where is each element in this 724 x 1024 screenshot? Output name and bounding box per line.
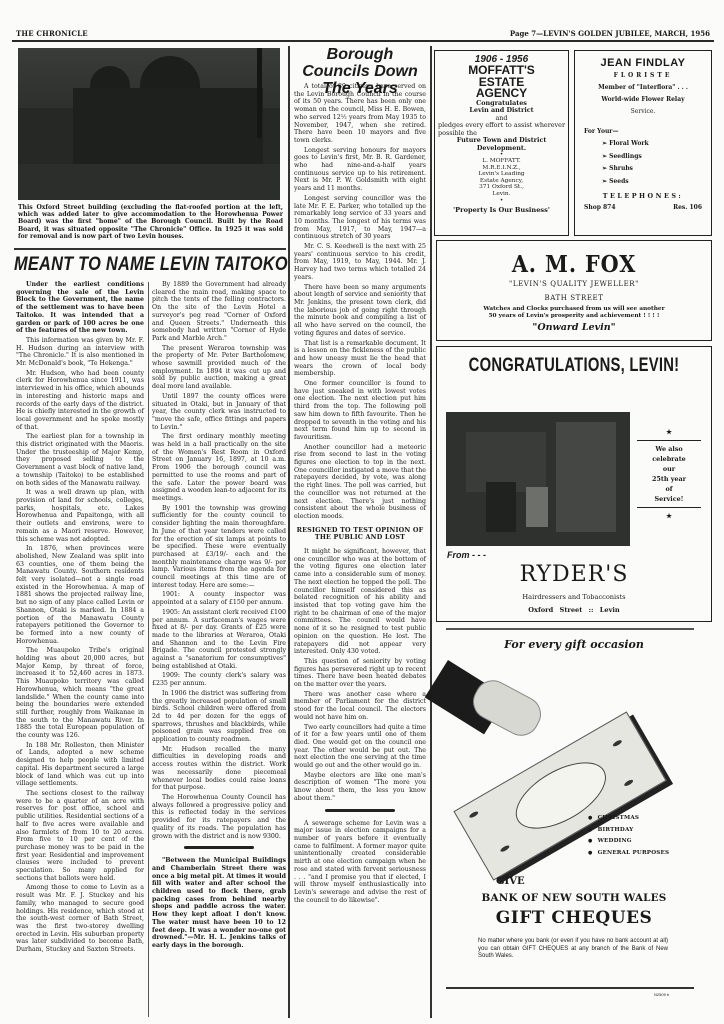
ad-name: RYDER'S bbox=[437, 562, 711, 587]
occasion-item: WEDDING bbox=[588, 836, 669, 848]
paragraph: It was a well drawn up plan, with provis… bbox=[16, 489, 144, 543]
ad-slogan: "Onward Levin" bbox=[437, 322, 711, 333]
ad-text: Member of "Interflora" . . . bbox=[575, 82, 711, 94]
column-separator bbox=[430, 46, 432, 1018]
paragraph: Longest serving honours for mayors goes … bbox=[294, 147, 426, 193]
paragraph: That list is a remarkable document. It i… bbox=[294, 340, 426, 379]
paper-name: THE CHRONICLE bbox=[16, 29, 88, 38]
holly-icon bbox=[500, 844, 511, 852]
ad-name-line: AGENCY bbox=[435, 88, 568, 100]
ad-name: A. M. FOX bbox=[451, 251, 698, 278]
ad-text: For Your— bbox=[575, 128, 711, 135]
photo-ground bbox=[18, 164, 280, 200]
occasion-list: CHRISTMAS BIRTHDAY WEDDING GENERAL PURPO… bbox=[588, 813, 669, 859]
ad-signature: L. MOFFATT. bbox=[435, 158, 568, 165]
paragraph: 1909: The county clerk's salary was £235… bbox=[152, 672, 286, 687]
holly-icon bbox=[468, 810, 479, 818]
paragraph: The Horowhenua County Council has always… bbox=[152, 794, 286, 840]
borough-column: A total of 89 citizens have served on th… bbox=[294, 83, 426, 906]
paragraph: The Muaupoko Tribe's original holding wa… bbox=[16, 647, 144, 739]
gift-cheques-title: GIFT CHEQUES bbox=[436, 908, 712, 928]
paragraph: Longest serving councillor was the late … bbox=[294, 195, 426, 241]
divider bbox=[637, 440, 701, 441]
ad-text: World-wide Flower Relay bbox=[575, 94, 711, 106]
ad-text: Watches and Clocks purchased from us wil… bbox=[437, 306, 711, 313]
ad-findlay: JEAN FINDLAY FLORISTE Member of "Interfl… bbox=[574, 50, 712, 236]
divider bbox=[637, 507, 701, 508]
ad-motto: 'Property Is Our Business' bbox=[435, 206, 568, 214]
star-icon: ★ bbox=[637, 427, 701, 437]
paragraph: In 188 Mr. Rolleston, then Minister of L… bbox=[16, 742, 144, 788]
subheading: RESIGNED TO TEST OPINION OF THE PUBLIC A… bbox=[294, 527, 426, 542]
paragraph: Two early councillors had quite a time o… bbox=[294, 724, 426, 770]
ad-text: 25th year bbox=[637, 474, 701, 484]
ad-bank: For every gift occasion CHRISTMAS BIRTHD… bbox=[436, 628, 712, 1018]
photo-chair-cloth bbox=[526, 487, 548, 527]
photo-chair bbox=[486, 482, 516, 532]
paragraph: Mr. Hudson recalled the many difficultie… bbox=[152, 746, 286, 792]
paragraph: Another councillor had a meteoric rise f… bbox=[294, 444, 426, 521]
ad-separator: :: bbox=[589, 606, 594, 614]
ad-code: N2509 b bbox=[654, 992, 669, 997]
ad-street: BATH STREET bbox=[437, 294, 711, 302]
paragraph: By 1889 the Government had already clear… bbox=[152, 281, 286, 343]
page-info: Page 7—LEVIN'S GOLDEN JUBILEE, MARCH, 19… bbox=[510, 29, 710, 38]
ad-headline: For every gift occasion bbox=[436, 638, 712, 651]
paragraph: The present Weraroa township was the pro… bbox=[152, 345, 286, 391]
ad-subtitle: FLORISTE bbox=[575, 72, 711, 79]
paragraph: By 1901 the township was growing suffici… bbox=[152, 505, 286, 590]
ad-street: Oxford Street bbox=[528, 606, 582, 614]
paragraph: In 1906 the district was suffering from … bbox=[152, 690, 286, 744]
paragraph: Until 1897 the county offices were situa… bbox=[152, 393, 286, 432]
photo-cabinet bbox=[556, 422, 616, 532]
ad-address: Oxford Street :: Levin bbox=[437, 606, 711, 614]
bullet-icon: • bbox=[435, 198, 568, 204]
paragraph: This information was given by Mr. F. H. … bbox=[16, 337, 144, 368]
ad-tagline: "LEVIN'S QUALITY JEWELLER" bbox=[437, 280, 711, 288]
occasion-item: GENERAL PURPOSES bbox=[588, 848, 669, 860]
divider bbox=[14, 248, 286, 250]
photo-caption: This Oxford Street building (excluding t… bbox=[18, 204, 283, 240]
ad-fox: A. M. FOX "LEVIN'S QUALITY JEWELLER" BAT… bbox=[436, 240, 712, 341]
article-column-1: Under the earliest conditions governing … bbox=[16, 281, 144, 956]
ad-note: No matter where you bank (or even if you… bbox=[478, 938, 668, 961]
masthead: THE CHRONICLE Page 7—LEVIN'S GOLDEN JUBI… bbox=[12, 28, 714, 42]
ad-text: our bbox=[637, 464, 701, 474]
bank-name: BANK OF NEW SOUTH WALES bbox=[436, 892, 712, 904]
paragraph: This question of seniority by voting fig… bbox=[294, 658, 426, 689]
section-dash bbox=[325, 809, 395, 812]
photo-pole bbox=[257, 48, 262, 138]
paragraph: One former councillor is found to have j… bbox=[294, 380, 426, 442]
arrow-list-item: ➢ Seeds bbox=[602, 176, 711, 189]
paragraph: There have been so many arguments about … bbox=[294, 284, 426, 338]
ad-signature: M.R.E.I.N.Z., bbox=[435, 165, 568, 172]
section-dash bbox=[184, 846, 254, 849]
paragraph: The sections closest to the railway were… bbox=[16, 790, 144, 882]
ad-from: From - - - bbox=[447, 550, 486, 560]
article-column-2: By 1889 the Government had already clear… bbox=[152, 281, 286, 952]
paragraph: 1905: An assistant clerk received £100 p… bbox=[152, 609, 286, 671]
ad-text: Service. bbox=[575, 106, 711, 118]
main-headline: MEANT TO NAME LEVIN TAITOKO bbox=[14, 254, 248, 276]
arrow-list-item: ➢ Seedlings bbox=[602, 151, 711, 164]
paragraph: Mr. Hudson, who had been county clerk fo… bbox=[16, 370, 144, 432]
column-separator bbox=[288, 46, 290, 1018]
quote-paragraph: "Between the Municipal Buildings and Cha… bbox=[152, 857, 286, 949]
shop-phone: Shop 874 bbox=[584, 204, 616, 211]
paragraph: 1901: A county inspector was appointed a… bbox=[152, 591, 286, 606]
service-list: ➢ Floral Work ➢ Seedlings ➢ Shrubs ➢ See… bbox=[575, 138, 711, 188]
paragraph: A sewerage scheme for Levin was a major … bbox=[294, 820, 426, 905]
ad-give: GIVE bbox=[496, 876, 525, 887]
ad-headline: CONGRATULATIONS, LEVIN! bbox=[467, 355, 681, 377]
paragraph: Maybe electors are like one man's descri… bbox=[294, 772, 426, 803]
star-icon: ★ bbox=[637, 511, 701, 521]
ad-moffatt: 1906 - 1956 MOFFATT'S ESTATE AGENCY Cong… bbox=[434, 50, 569, 236]
ad-subtitle: Hairdressers and Tobacconists bbox=[437, 593, 711, 601]
divider bbox=[446, 987, 694, 989]
paragraph: A total of 89 citizens have served on th… bbox=[294, 83, 426, 145]
ad-town: Levin bbox=[600, 606, 620, 614]
lead-paragraph: Under the earliest conditions governing … bbox=[16, 281, 144, 335]
ad-signature: 371 Oxford St., bbox=[435, 184, 568, 191]
ad-text: We also bbox=[637, 444, 701, 454]
ad-text: of bbox=[637, 484, 701, 494]
arrow-list-item: ➢ Shrubs bbox=[602, 163, 711, 176]
building-photo bbox=[18, 48, 280, 200]
photo-building bbox=[73, 88, 263, 168]
column-separator bbox=[148, 282, 149, 1017]
ad-signature: Estate Agency, bbox=[435, 178, 568, 185]
paragraph: The earliest plan for a township in this… bbox=[16, 433, 144, 487]
ad-name: JEAN FINDLAY bbox=[575, 57, 711, 69]
ad-text: Service! bbox=[637, 494, 701, 504]
divider bbox=[446, 628, 694, 630]
paragraph: Among those to come to Levin as a result… bbox=[16, 884, 144, 953]
paragraph: The first ordinary monthly meeting was h… bbox=[152, 433, 286, 502]
res-phone: Res. 106 bbox=[673, 204, 702, 211]
occasion-item: BIRTHDAY bbox=[588, 825, 669, 837]
ad-ryder: CONGRATULATIONS, LEVIN! ★ We also celebr… bbox=[436, 346, 712, 622]
holly-icon bbox=[623, 779, 634, 787]
paragraph: Mr. C. S. Keedwell is the next with 25 y… bbox=[294, 243, 426, 282]
holly-icon bbox=[612, 739, 623, 747]
paragraph: In 1876, when provinces were abolished, … bbox=[16, 545, 144, 645]
salon-photo bbox=[446, 412, 630, 546]
ad-text: 50 years of Levin's prosperity and achie… bbox=[437, 313, 711, 320]
arrow-list-item: ➢ Floral Work bbox=[602, 138, 711, 151]
ad-signature: Levin. bbox=[435, 191, 568, 198]
phone-numbers: Shop 874 Res. 106 bbox=[575, 204, 711, 211]
ad-telephones-label: TELEPHONES: bbox=[575, 192, 711, 200]
ad-text: celebrate bbox=[637, 454, 701, 464]
occasion-item: CHRISTMAS bbox=[588, 813, 669, 825]
ad-text: Future Town and District Development. bbox=[435, 137, 568, 152]
ad-text: pledges every effort to assist wherever … bbox=[435, 122, 568, 137]
paragraph: It might be significant, however, that o… bbox=[294, 548, 426, 656]
ad-signature: Levin's Leading bbox=[435, 171, 568, 178]
ad-side-panel: ★ We also celebrate our 25th year of Ser… bbox=[637, 427, 701, 521]
paragraph: There was another case where a member of… bbox=[294, 691, 426, 722]
